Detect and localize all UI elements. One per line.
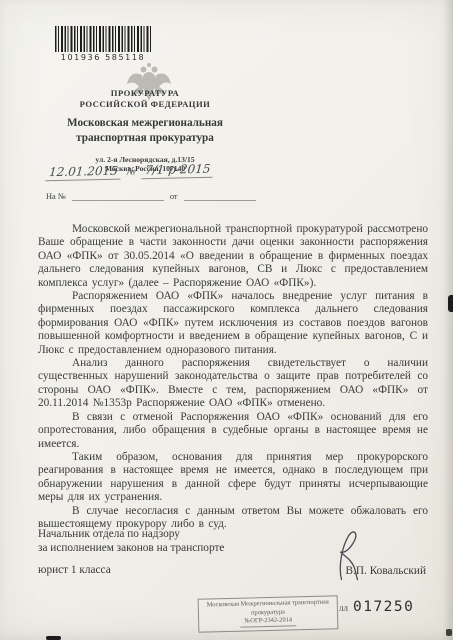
- incoming-reference-line: На №от: [46, 191, 256, 201]
- body-paragraph: Анализ данного распоряжения свидетельств…: [38, 357, 428, 411]
- sheet-label: лл: [339, 603, 348, 613]
- number-sign: №: [126, 166, 136, 177]
- handwritten-number: 7/1 р-2015: [141, 162, 214, 180]
- org-name-line2: РОССИЙСКОЙ ФЕДЕРАЦИИ: [12, 99, 278, 110]
- ot-label: от: [170, 192, 178, 201]
- na-number-blank: [72, 191, 164, 201]
- handwritten-reference: 12.01.2015 № 7/1 р-2015: [46, 161, 256, 181]
- registration-stamp: Московская Межрегиональная транспортная …: [198, 595, 339, 632]
- scan-artifact: [46, 636, 61, 640]
- handwritten-signature-icon: [328, 529, 370, 587]
- letter-body: Московской межрегиональной транспортной …: [38, 223, 428, 531]
- scan-artifact: [446, 629, 452, 636]
- sheet-number-block: лл017250: [339, 598, 414, 616]
- ot-date-blank: [184, 191, 256, 201]
- scanned-letter-page: 101936 585118 ПРОКУРАТУРА РОССИЙСКОЙ ФЕД…: [0, 0, 453, 640]
- scan-artifact: [448, 295, 453, 312]
- org-name-line1: ПРОКУРАТУРА: [12, 88, 278, 99]
- body-paragraph: Московской межрегиональной транспортной …: [38, 223, 428, 290]
- scan-edge-shadow: [443, 0, 453, 640]
- signature-block: Начальник отдела по надзору за исполнени…: [38, 528, 428, 598]
- barcode: 101936 585118: [54, 26, 152, 62]
- body-paragraph: Распоряжением ОАО «ФПК» началось внедрен…: [38, 290, 428, 357]
- handwritten-date: 12.01.2015: [45, 164, 121, 182]
- sheet-number: 017250: [353, 599, 414, 615]
- barcode-bars-icon: [55, 26, 151, 52]
- signer-name: В.П. Ковальский: [346, 565, 426, 577]
- na-number-label: На №: [46, 192, 66, 201]
- signer-title-line2: за исполнением законов на транспорте: [38, 542, 428, 556]
- body-paragraph: Таким образом, основания для принятия ме…: [38, 451, 428, 505]
- stamp-number: №ОГР-2342-2014: [240, 617, 296, 628]
- department-line2: транспортная прокуратура: [12, 131, 278, 146]
- department-line1: Московская межрегиональная: [12, 116, 278, 131]
- body-paragraph: В связи с отменой Распоряжения ОАО «ФПК»…: [38, 411, 428, 451]
